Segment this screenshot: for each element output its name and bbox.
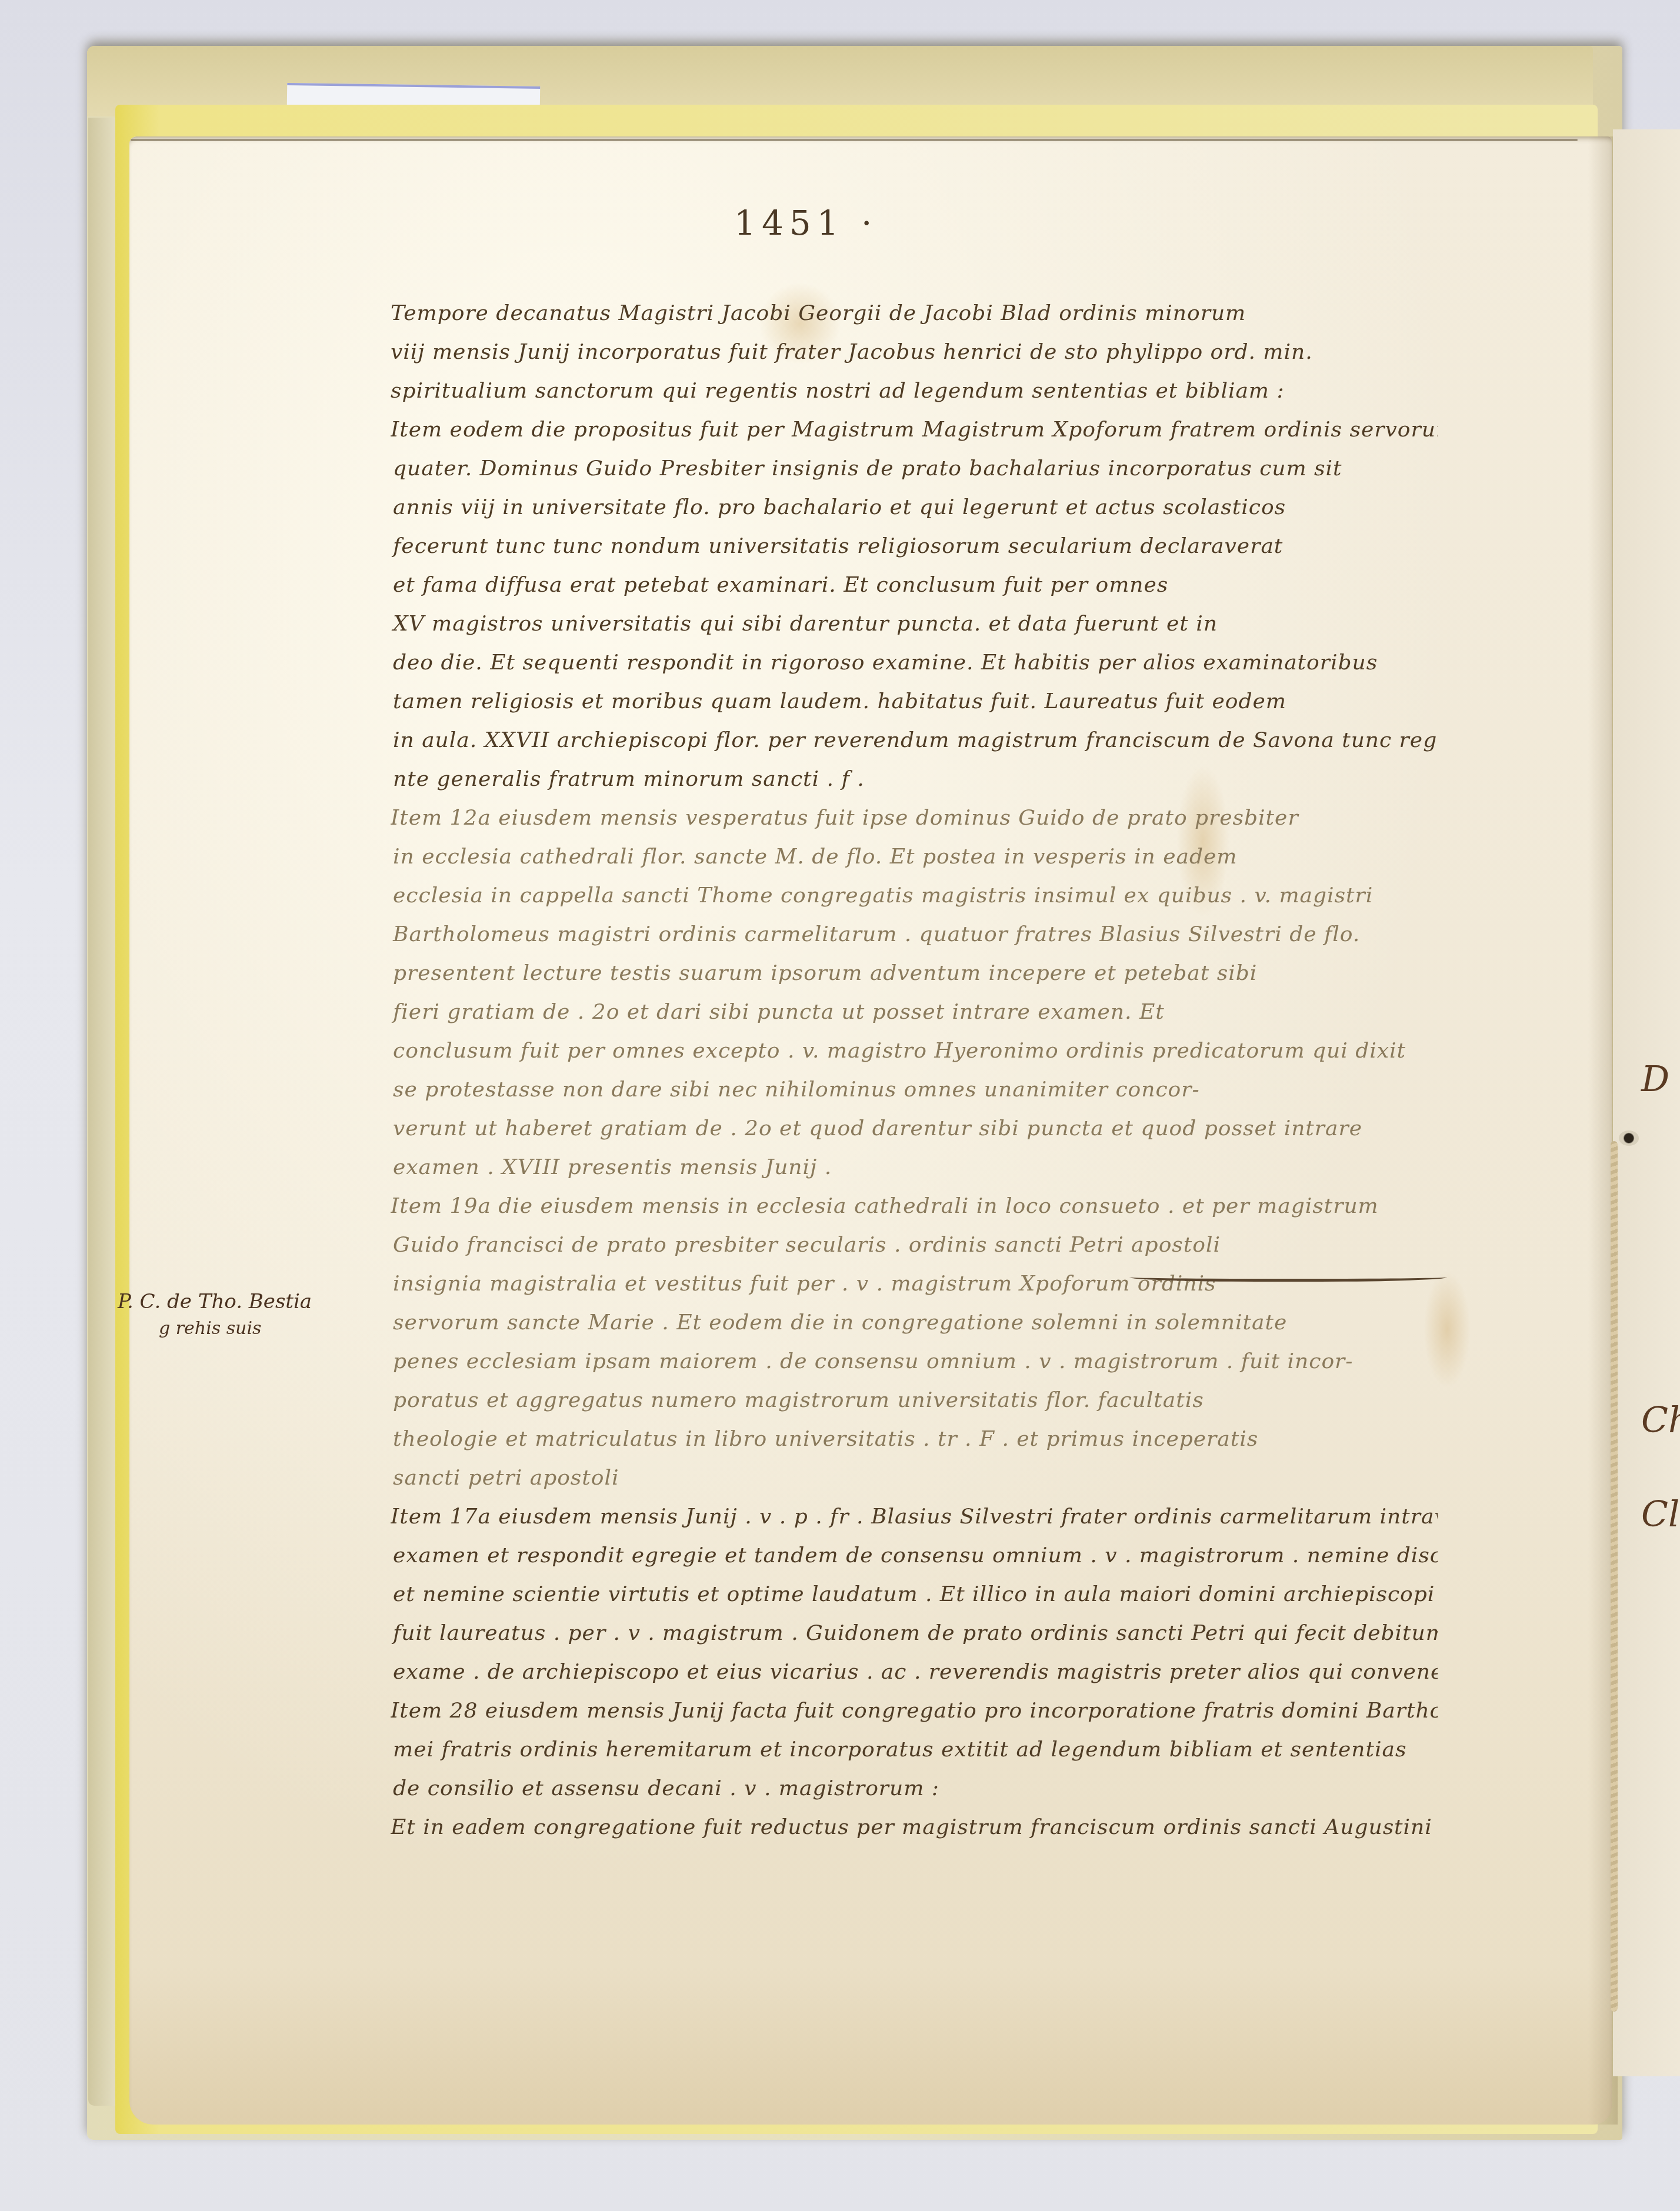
text-line: spiritualium sanctorum qui regentis nost…	[391, 372, 1438, 411]
text-line: examen et respondit egregie et tandem de…	[391, 1536, 1438, 1575]
text-line-faded: Item 19a die eiusdem mensis in ecclesia …	[391, 1187, 1438, 1226]
text-line-faded: examen . XVIII presentis mensis Junij .	[391, 1148, 1438, 1187]
marginal-note: P. C. de Tho. Bestia g rehis suis	[118, 1288, 329, 1342]
text-line: Item 28 eiusdem mensis Junij facta fuit …	[391, 1692, 1438, 1730]
text-line-faded: servorum sancte Marie . Et eodem die in …	[391, 1303, 1438, 1342]
marginal-note-line: P. C. de Tho. Bestia	[118, 1288, 329, 1315]
text-line-faded: in ecclesia cathedrali flor. sancte M. d…	[391, 838, 1438, 876]
text-line-faded: conclusum fuit per omnes excepto . v. ma…	[391, 1032, 1438, 1071]
text-line: tamen religiosis et moribus quam laudem.…	[391, 682, 1438, 721]
text-line: Item eodem die propositus fuit per Magis…	[391, 411, 1438, 449]
text-line-faded: Guido francisci de prato presbiter secul…	[391, 1226, 1438, 1265]
page-top-edge	[131, 139, 1578, 141]
text-line-faded: Item 12a eiusdem mensis vesperatus fuit …	[391, 799, 1438, 838]
text-line: fecerunt tunc tunc nondum universitatis …	[391, 527, 1438, 566]
facing-page-letter: Ch	[1641, 1400, 1680, 1441]
underline-stroke	[1129, 1270, 1447, 1282]
text-line-faded: sancti petri apostoli	[391, 1459, 1438, 1498]
text-line: quater. Dominus Guido Presbiter insignis…	[391, 449, 1438, 488]
folio-year-heading: 1451 ·	[734, 203, 878, 243]
facing-page-edge	[1613, 129, 1680, 2076]
text-line-faded: poratus et aggregatus numero magistrorum…	[391, 1381, 1438, 1420]
facing-page-letter: Cl	[1641, 1494, 1679, 1535]
text-line: Et in eadem congregatione fuit reductus …	[391, 1808, 1438, 1847]
cover-edge-strip	[88, 118, 115, 2106]
text-line: annis viij in universitate flo. pro bach…	[391, 488, 1438, 527]
binding-hole	[1619, 1130, 1639, 1146]
text-line-faded: ecclesia in cappella sancti Thome congre…	[391, 876, 1438, 915]
text-line: in aula. XXVII archiepiscopi flor. per r…	[391, 721, 1438, 760]
text-line: mei fratris ordinis heremitarum et incor…	[391, 1730, 1438, 1769]
text-line-faded: penes ecclesiam ipsam maiorem . de conse…	[391, 1342, 1438, 1381]
text-line: deo die. Et sequenti respondit in rigoro…	[391, 643, 1438, 682]
facing-page-letter: D	[1641, 1059, 1669, 1100]
text-line: Tempore decanatus Magistri Jacobi Georgi…	[391, 294, 1438, 333]
text-line: XV magistros universitatis qui sibi dare…	[391, 605, 1438, 643]
text-line: fuit laureatus . per . v . magistrum . G…	[391, 1614, 1438, 1653]
text-line-faded: theologie et matriculatus in libro unive…	[391, 1420, 1438, 1459]
marginal-note-line: g rehis suis	[118, 1315, 329, 1342]
text-line: et fama diffusa erat petebat examinari. …	[391, 566, 1438, 605]
text-line: exame . de archiepiscopo et eius vicariu…	[391, 1653, 1438, 1692]
text-line: viij mensis Junij incorporatus fuit frat…	[391, 333, 1438, 372]
text-line: et nemine scientie virtutis et optime la…	[391, 1575, 1438, 1614]
text-line-faded: se protestasse non dare sibi nec nihilom…	[391, 1071, 1438, 1109]
text-line-faded: Bartholomeus magistri ordinis carmelitar…	[391, 915, 1438, 954]
text-line-faded: presentent lecture testis suarum ipsorum…	[391, 954, 1438, 993]
text-line-faded: fieri gratiam de . 2o et dari sibi punct…	[391, 993, 1438, 1032]
text-line: Item 17a eiusdem mensis Junij . v . p . …	[391, 1498, 1438, 1536]
text-line-faded: verunt ut haberet gratiam de . 2o et quo…	[391, 1109, 1438, 1148]
text-line: nte generalis fratrum minorum sancti . f…	[391, 760, 1438, 799]
binding-thread	[1611, 1141, 1618, 2012]
text-line: de consilio et assensu decani . v . magi…	[391, 1769, 1438, 1808]
manuscript-text-block: Tempore decanatus Magistri Jacobi Georgi…	[391, 294, 1438, 1847]
